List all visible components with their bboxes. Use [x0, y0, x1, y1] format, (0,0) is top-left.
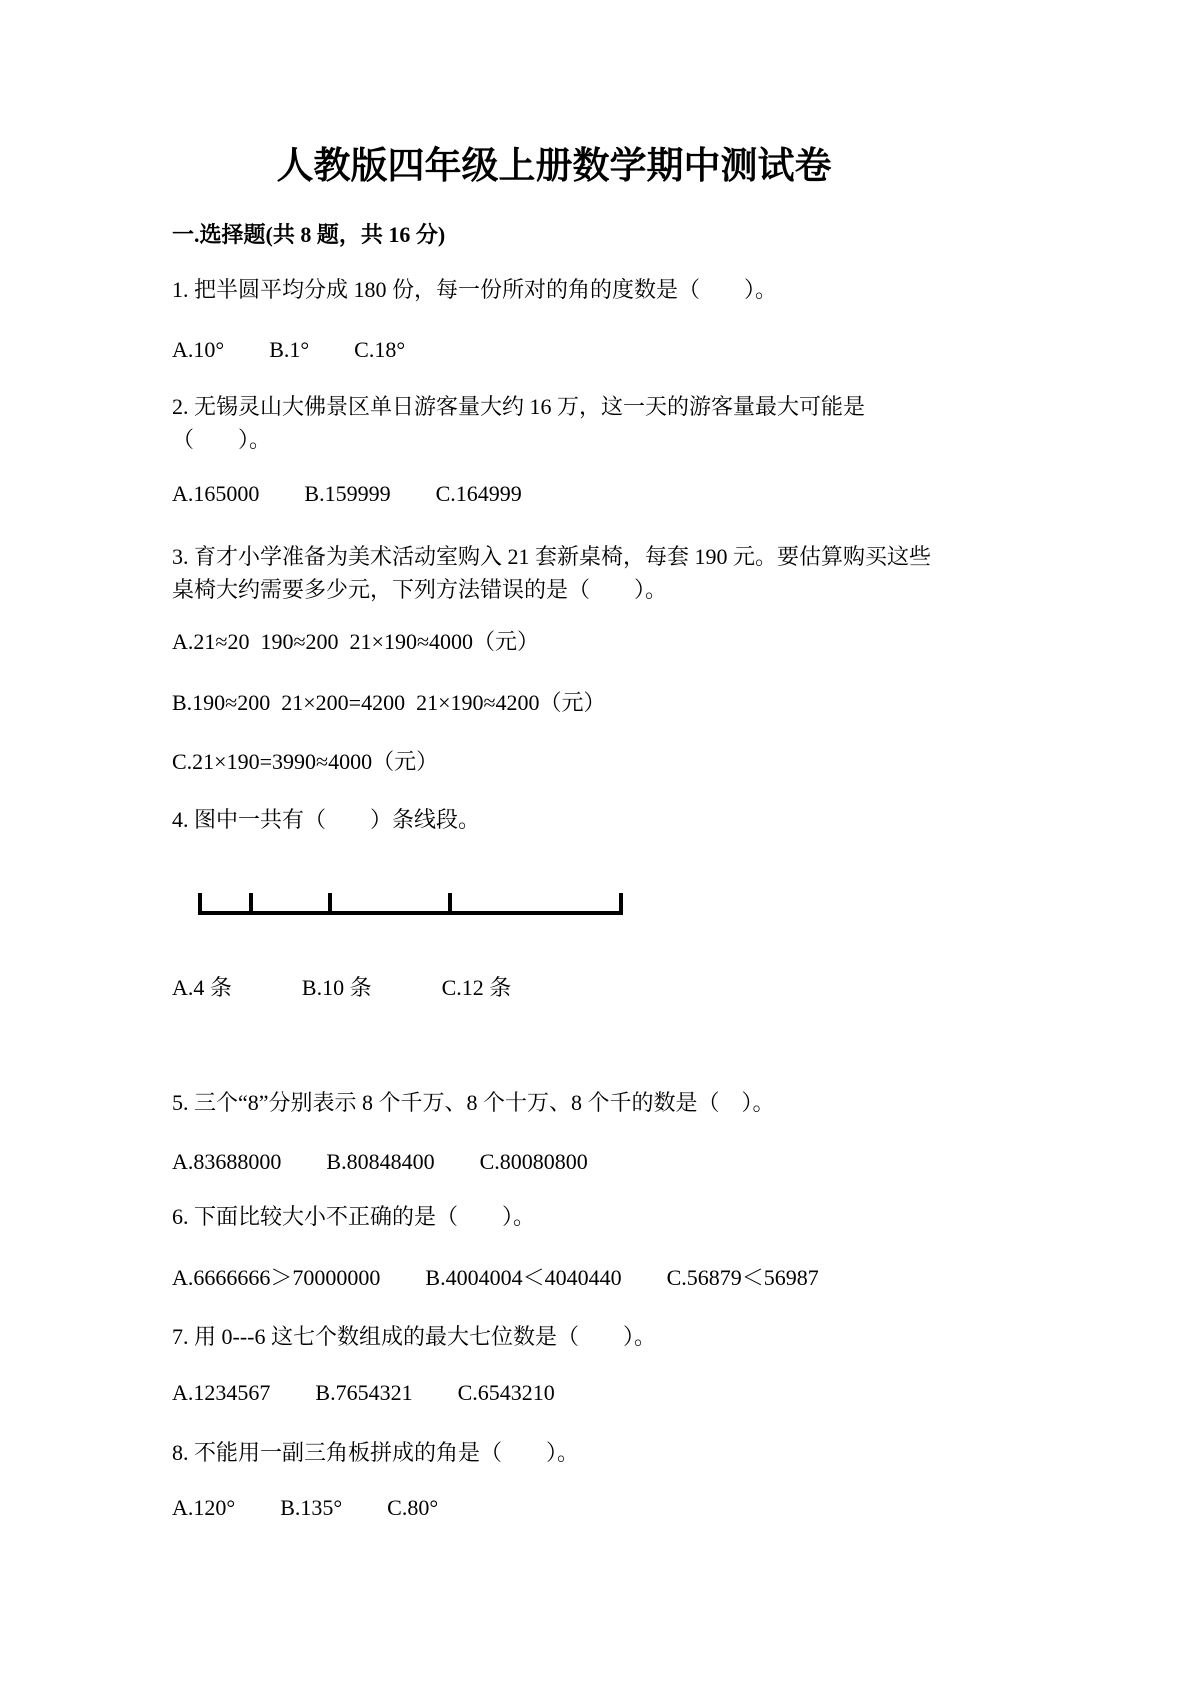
question-4-option-b: B.10 条: [302, 971, 372, 1004]
question-1: 1. 把半圆平均分成 180 份，每一份所对的角的度数是（ ）。 A.10° B…: [172, 273, 1131, 366]
question-5: 5. 三个“8”分别表示 8 个千万、8 个十万、8 个千的数是（ ）。 A.8…: [172, 1086, 1131, 1178]
question-1-option-c: C.18°: [354, 333, 405, 366]
question-8-options: A.120° B.135° C.80°: [172, 1491, 1131, 1524]
question-3-option-c: C.21×190=3990≈4000（元）: [172, 745, 1131, 778]
question-4-option-c: C.12 条: [442, 971, 512, 1004]
question-8-text: 8. 不能用一副三角板拼成的角是（ ）。: [172, 1436, 1131, 1469]
question-4-options: A.4 条 B.10 条 C.12 条: [172, 971, 1131, 1004]
segment-figure: [198, 893, 623, 915]
question-6-text: 6. 下面比较大小不正确的是（ ）。: [172, 1200, 1131, 1233]
question-6-option-c: C.56879＜56987: [667, 1261, 819, 1294]
question-7-text: 7. 用 0---6 这七个数组成的最大七位数是（ ）。: [172, 1320, 1131, 1353]
question-5-options: A.83688000 B.80848400 C.80080800: [172, 1145, 1131, 1178]
question-2-option-a: A.165000: [172, 477, 259, 510]
question-1-option-a: A.10°: [172, 333, 224, 366]
question-5-text: 5. 三个“8”分别表示 8 个千万、8 个十万、8 个千的数是（ ）。: [172, 1086, 1131, 1119]
question-2-option-c: C.164999: [436, 477, 522, 510]
question-7-option-a: A.1234567: [172, 1376, 270, 1409]
tick-mark: [198, 893, 202, 915]
question-2-options: A.165000 B.159999 C.164999: [172, 477, 1131, 510]
tick-mark: [448, 893, 452, 915]
question-8: 8. 不能用一副三角板拼成的角是（ ）。 A.120° B.135° C.80°: [172, 1436, 1131, 1524]
question-2: 2. 无锡灵山大佛景区单日游客量大约 16 万，这一天的游客量最大可能是 （ ）…: [172, 390, 1131, 510]
test-paper-page: 人教版四年级上册数学期中测试卷 一.选择题(共 8 题，共 16 分) 1. 把…: [0, 0, 1191, 1684]
question-6-options: A.6666666＞70000000 B.4004004＜4040440 C.5…: [172, 1261, 1131, 1294]
question-2-option-b: B.159999: [304, 477, 390, 510]
question-5-option-c: C.80080800: [480, 1145, 588, 1178]
question-7-options: A.1234567 B.7654321 C.6543210: [172, 1376, 1131, 1409]
segment-baseline: [198, 911, 623, 915]
question-3: 3. 育才小学准备为美术活动室购入 21 套新桌椅，每套 190 元。要估算购买…: [172, 540, 1131, 778]
question-5-option-b: B.80848400: [326, 1145, 434, 1178]
section-heading: 一.选择题(共 8 题，共 16 分): [172, 218, 1131, 251]
question-8-option-c: C.80°: [387, 1491, 438, 1524]
question-6-option-b: B.4004004＜4040440: [425, 1261, 621, 1294]
question-3-option-a: A.21≈20 190≈200 21×190≈4000（元）: [172, 625, 1131, 658]
page-title: 人教版四年级上册数学期中测试卷: [172, 144, 936, 190]
question-3-option-b: B.190≈200 21×200=4200 21×190≈4200（元）: [172, 686, 1131, 719]
question-6: 6. 下面比较大小不正确的是（ ）。 A.6666666＞70000000 B.…: [172, 1200, 1131, 1294]
question-4: 4. 图中一共有（ ）条线段。 A.4 条 B.10 条 C.12 条: [172, 803, 1131, 1004]
question-1-options: A.10° B.1° C.18°: [172, 333, 1131, 366]
tick-mark: [619, 893, 623, 915]
question-7: 7. 用 0---6 这七个数组成的最大七位数是（ ）。 A.1234567 B…: [172, 1320, 1131, 1409]
question-2-text-line-2: （ ）。: [172, 423, 1131, 456]
question-8-option-a: A.120°: [172, 1491, 235, 1524]
tick-mark: [249, 893, 253, 915]
question-4-text: 4. 图中一共有（ ）条线段。: [172, 803, 1131, 836]
question-6-option-a: A.6666666＞70000000: [172, 1261, 380, 1294]
question-1-option-b: B.1°: [269, 333, 309, 366]
question-5-option-a: A.83688000: [172, 1145, 281, 1178]
tick-mark: [328, 893, 332, 915]
question-4-option-a: A.4 条: [172, 971, 232, 1004]
question-3-text-line-1: 3. 育才小学准备为美术活动室购入 21 套新桌椅，每套 190 元。要估算购买…: [172, 540, 1131, 573]
question-3-text-line-2: 桌椅大约需要多少元，下列方法错误的是（ ）。: [172, 573, 1131, 606]
question-2-text-line-1: 2. 无锡灵山大佛景区单日游客量大约 16 万，这一天的游客量最大可能是: [172, 390, 1131, 423]
question-7-option-c: C.6543210: [458, 1376, 555, 1409]
question-1-text: 1. 把半圆平均分成 180 份，每一份所对的角的度数是（ ）。: [172, 273, 1131, 306]
question-7-option-b: B.7654321: [315, 1376, 412, 1409]
question-8-option-b: B.135°: [280, 1491, 342, 1524]
